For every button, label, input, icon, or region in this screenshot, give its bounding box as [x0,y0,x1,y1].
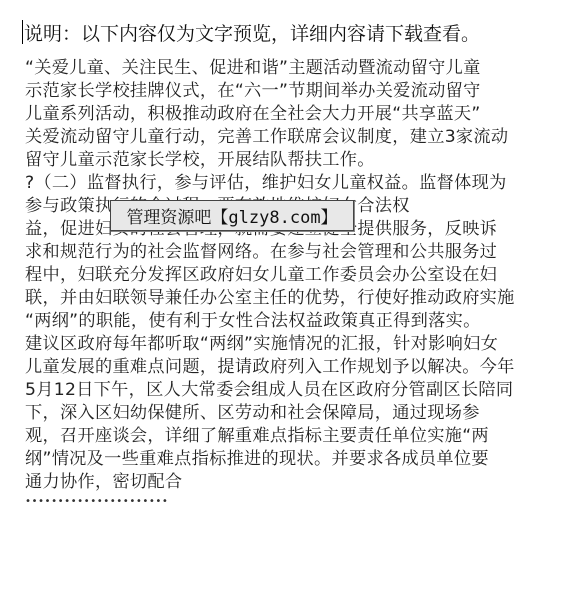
paragraph-line: “关爱儿童、关注民生、促进和谐”主题活动暨流动留守儿童 [25,57,555,80]
paragraph-line: 关爱流动留守儿童行动，完善工作联席会议制度，建立3家流动 [25,126,555,149]
paragraph-line: 建议区政府每年都听取“两纲”实施情况的汇报，针对影响妇女 [25,333,555,356]
paragraph-line: 下，深入区妇幼保健所、区劳动和社会保障局，通过现场参 [25,402,555,425]
paragraph-line: 联，并由妇联领导兼任办公室主任的优势，行使好推动政府实施 [25,287,555,310]
paragraph-line: 求和规范行为的社会监督网络。在参与社会管理和公共服务过 [25,241,555,264]
paragraph-line: 程中，妇联充分发挥区政府妇女儿童工作委员会办公室设在妇 [25,264,555,287]
paragraph-line: 儿童系列活动，积极推动政府在全社会大力开展“共享蓝天” [25,103,555,126]
paragraph-line: 留守儿童示范家长学校，开展结队帮扶工作。 [25,149,555,172]
watermark-banner: 管理资源吧【glzy8.com】 [110,200,354,231]
paragraph-line: 儿童发展的重难点问题，提请政府列入工作规划予以解决。今年 [25,356,555,379]
watermark-text: 管理资源吧【glzy8.com】 [126,203,337,228]
paragraph-line: 通力协作，密切配合 [25,471,555,494]
paragraph-line: 示范家长学校挂牌仪式，在“六一”节期间举办关爱流动留守 [25,80,555,103]
paragraph-line: ?（二）监督执行，参与评估，维护妇女儿童权益。监督体现为 [25,172,555,195]
document-body: “关爱儿童、关注民生、促进和谐”主题活动暨流动留守儿童 示范家长学校挂牌仪式，在… [25,57,555,517]
paragraph-line: 5月12日下午，区人大常委会组成人员在区政府分管副区长陪同 [25,379,555,402]
text-cursor [22,20,23,44]
preview-notice: 说明：以下内容仅为文字预览，详细内容请下载查看。 [22,18,480,46]
paragraph-line: 纲”情况及一些重难点指标推进的现状。并要求各成员单位要 [25,448,555,471]
paragraph-line: 观，召开座谈会，详细了解重难点指标主要责任单位实施“两 [25,425,555,448]
paragraph-line: “两纲”的职能，使有利于女性合法权益政策真正得到落实。 [25,310,555,333]
truncation-ellipsis: •••••••••••••••••••••• [25,494,555,517]
preview-notice-text: 说明：以下内容仅为文字预览，详细内容请下载查看。 [24,19,480,46]
